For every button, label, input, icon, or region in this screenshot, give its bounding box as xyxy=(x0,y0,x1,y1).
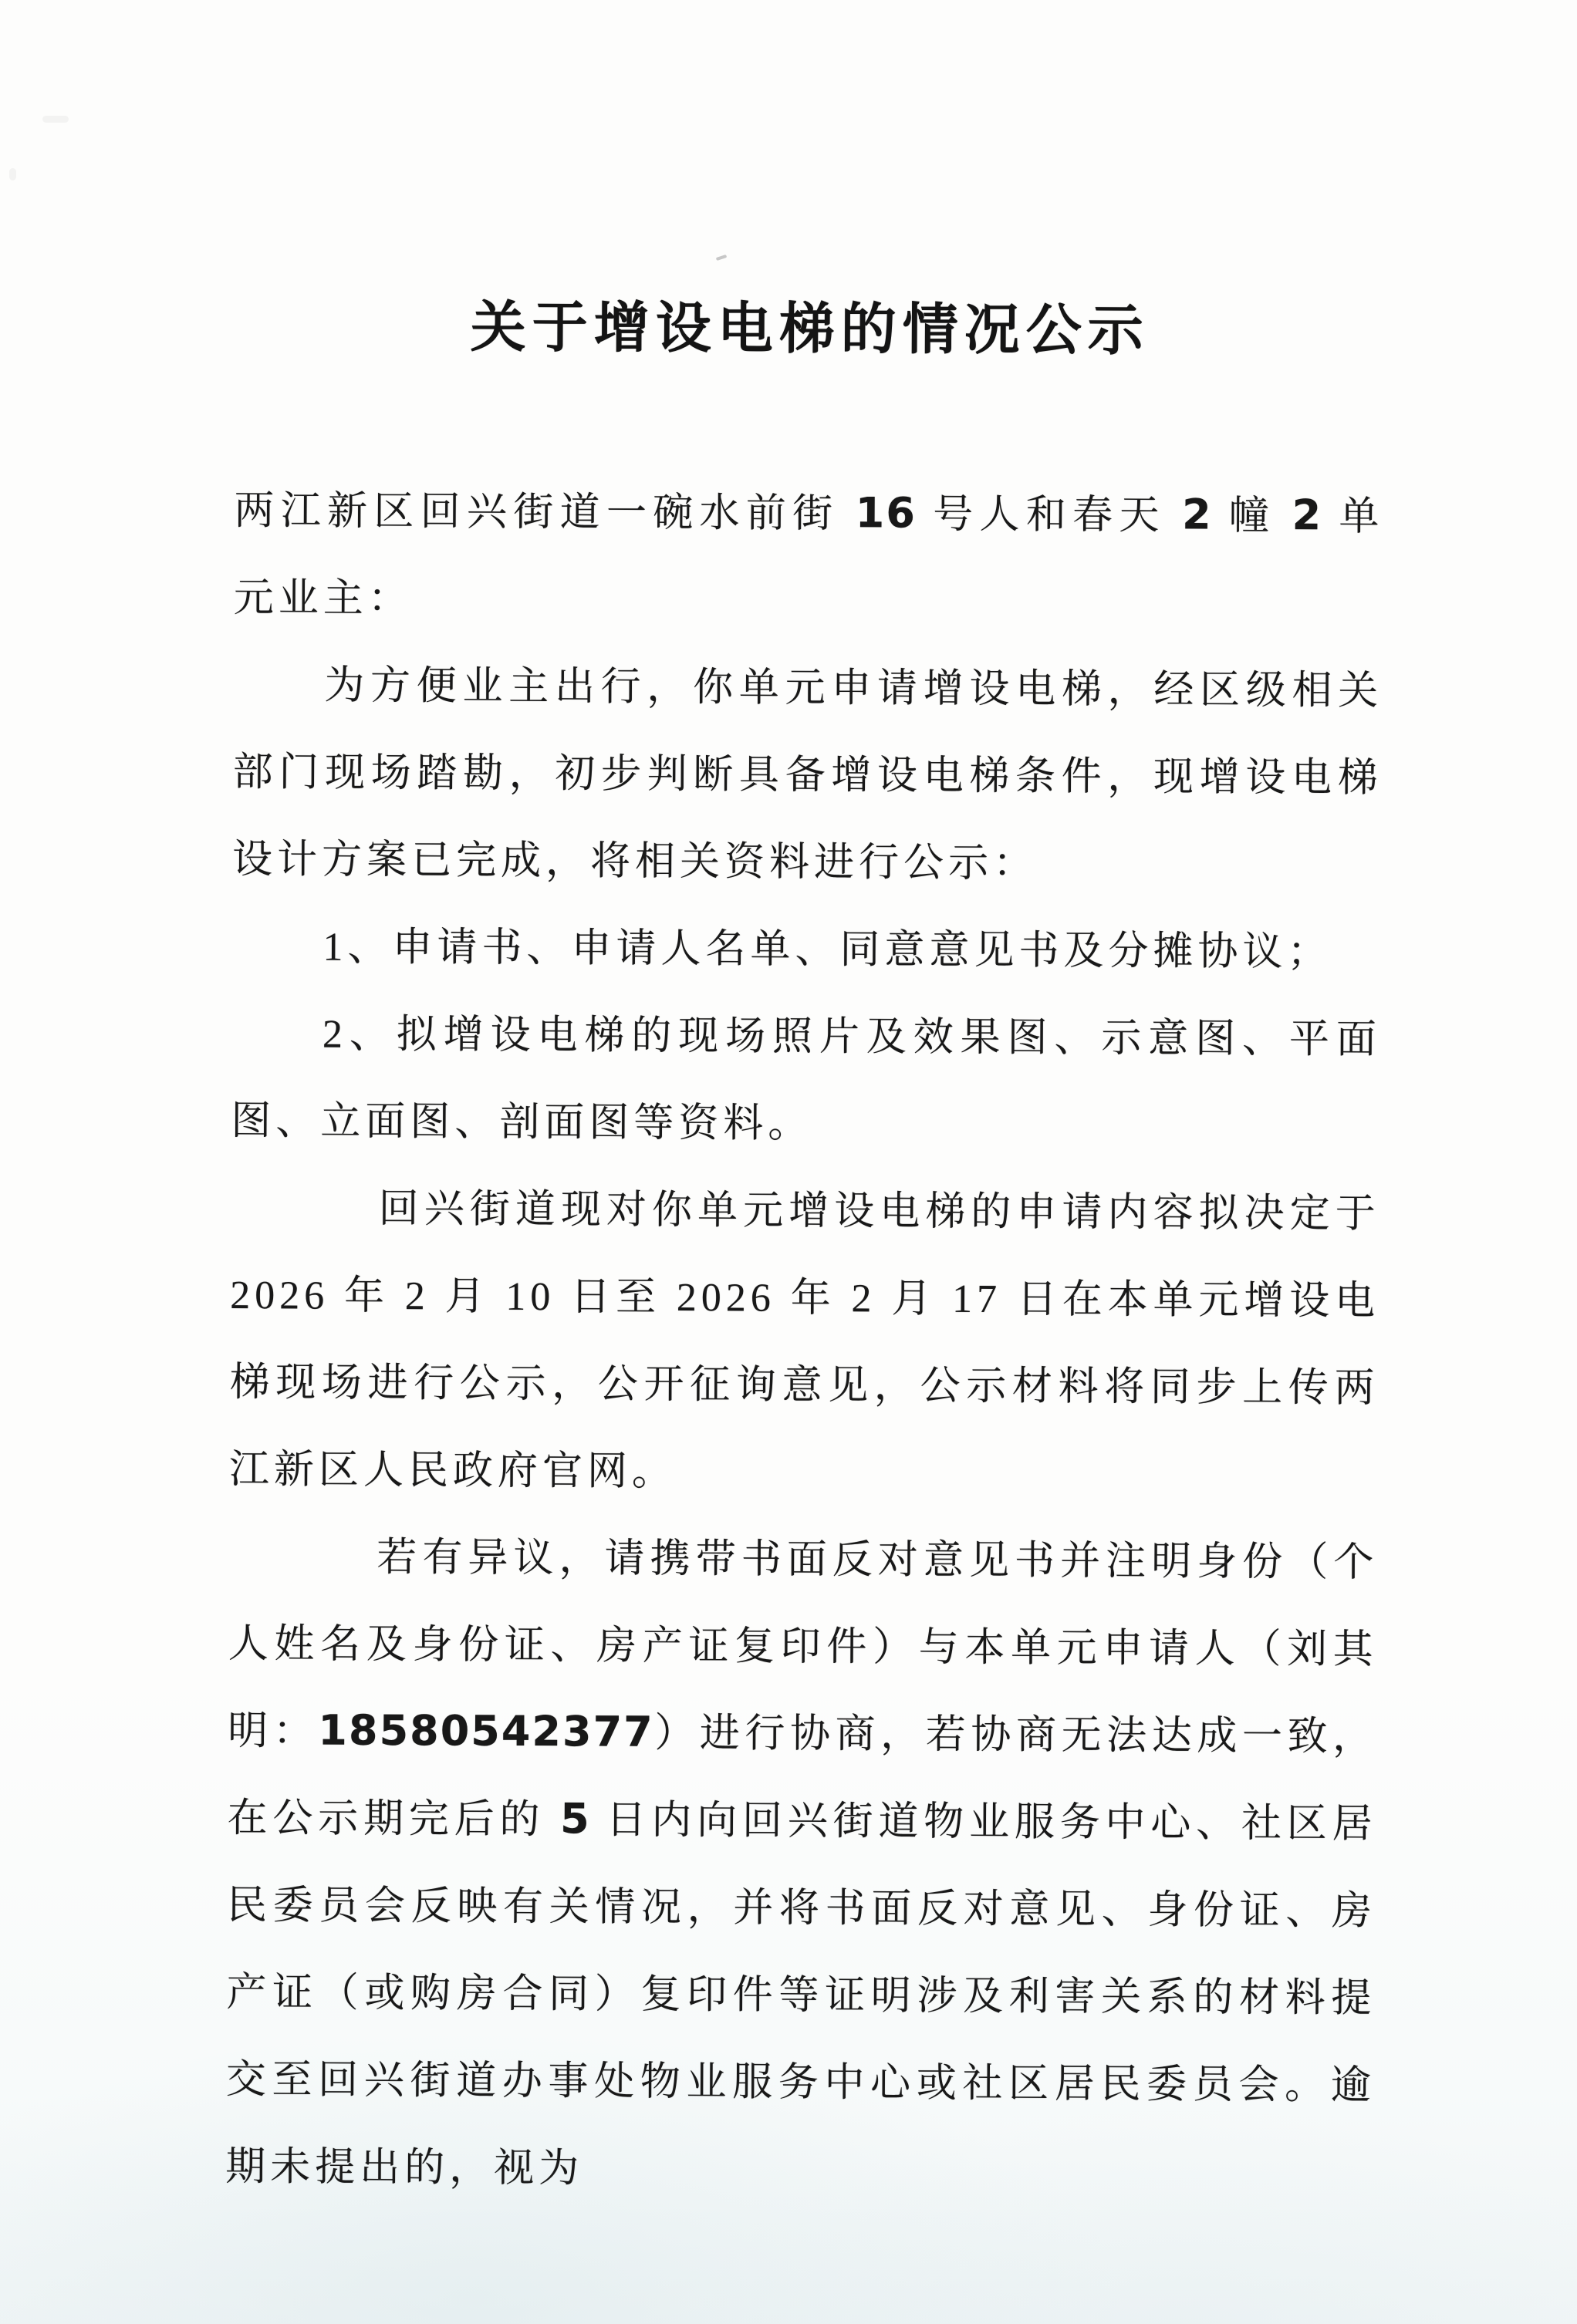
deadline-days: 5 xyxy=(560,1794,591,1843)
document-content: 关于增设电梯的情况公示 两江新区回兴街道一碗水前街 16 号人和春天 2 幢 2… xyxy=(225,287,1385,2217)
address-text: 幢 xyxy=(1212,494,1292,539)
unit-number: 2 xyxy=(1292,491,1322,539)
scanned-notice-page: 关于增设电梯的情况公示 两江新区回兴街道一碗水前街 16 号人和春天 2 幢 2… xyxy=(0,0,1577,2324)
objection-paragraph: 若有异议，请携带书面反对意见书并注明身份（个人姓名及身份证、房产证复印件）与本单… xyxy=(225,1513,1379,2217)
intro-paragraph: 为方便业主出行，你单元申请增设电梯，经区级相关部门现场踏勘，初步判断具备增设电梯… xyxy=(232,642,1383,909)
recipient-line: 两江新区回兴街道一碗水前街 16 号人和春天 2 幢 2 单元业主： xyxy=(234,467,1384,648)
building-number: 2 xyxy=(1182,490,1213,538)
scan-speck xyxy=(716,255,728,261)
street-number: 16 xyxy=(856,488,917,537)
address-text: 两江新区回兴街道一碗水前街 xyxy=(234,489,856,536)
publicity-period-text: 回兴街道现对你单元增设电梯的申请内容拟决定于 2026 年 2 月 10 日至 … xyxy=(229,1187,1380,1494)
scan-speck xyxy=(42,116,69,123)
objection-text: 日内向回兴街道物业服务中心、社区居民委员会反映有关情况，并将书面反对意见、身份证… xyxy=(225,1798,1377,2191)
publicity-period-paragraph: 回兴街道现对你单元增设电梯的申请内容拟决定于 2026 年 2 月 10 日至 … xyxy=(229,1165,1380,1520)
document-title: 关于增设电梯的情况公示 xyxy=(235,287,1385,372)
list-item-2: 2、拟增设电梯的现场照片及效果图、示意图、平面图、立面图、剖面图等资料。 xyxy=(231,990,1381,1171)
list-item-2-text: 2、拟增设电梯的现场照片及效果图、示意图、平面图、立面图、剖面图等资料。 xyxy=(231,1013,1381,1146)
address-text: 号人和春天 xyxy=(917,493,1182,538)
scan-speck xyxy=(9,168,16,180)
applicant-phone: 18580542377 xyxy=(318,1706,654,1756)
intro-text: 为方便业主出行，你单元申请增设电梯，经区级相关部门现场踏勘，初步判断具备增设电梯… xyxy=(232,664,1383,886)
list-item-1-text: 1、申请书、申请人名单、同意意见书及分摊协议； xyxy=(322,926,1332,975)
list-item-1: 1、申请书、申请人名单、同意意见书及分摊协议； xyxy=(231,903,1382,997)
